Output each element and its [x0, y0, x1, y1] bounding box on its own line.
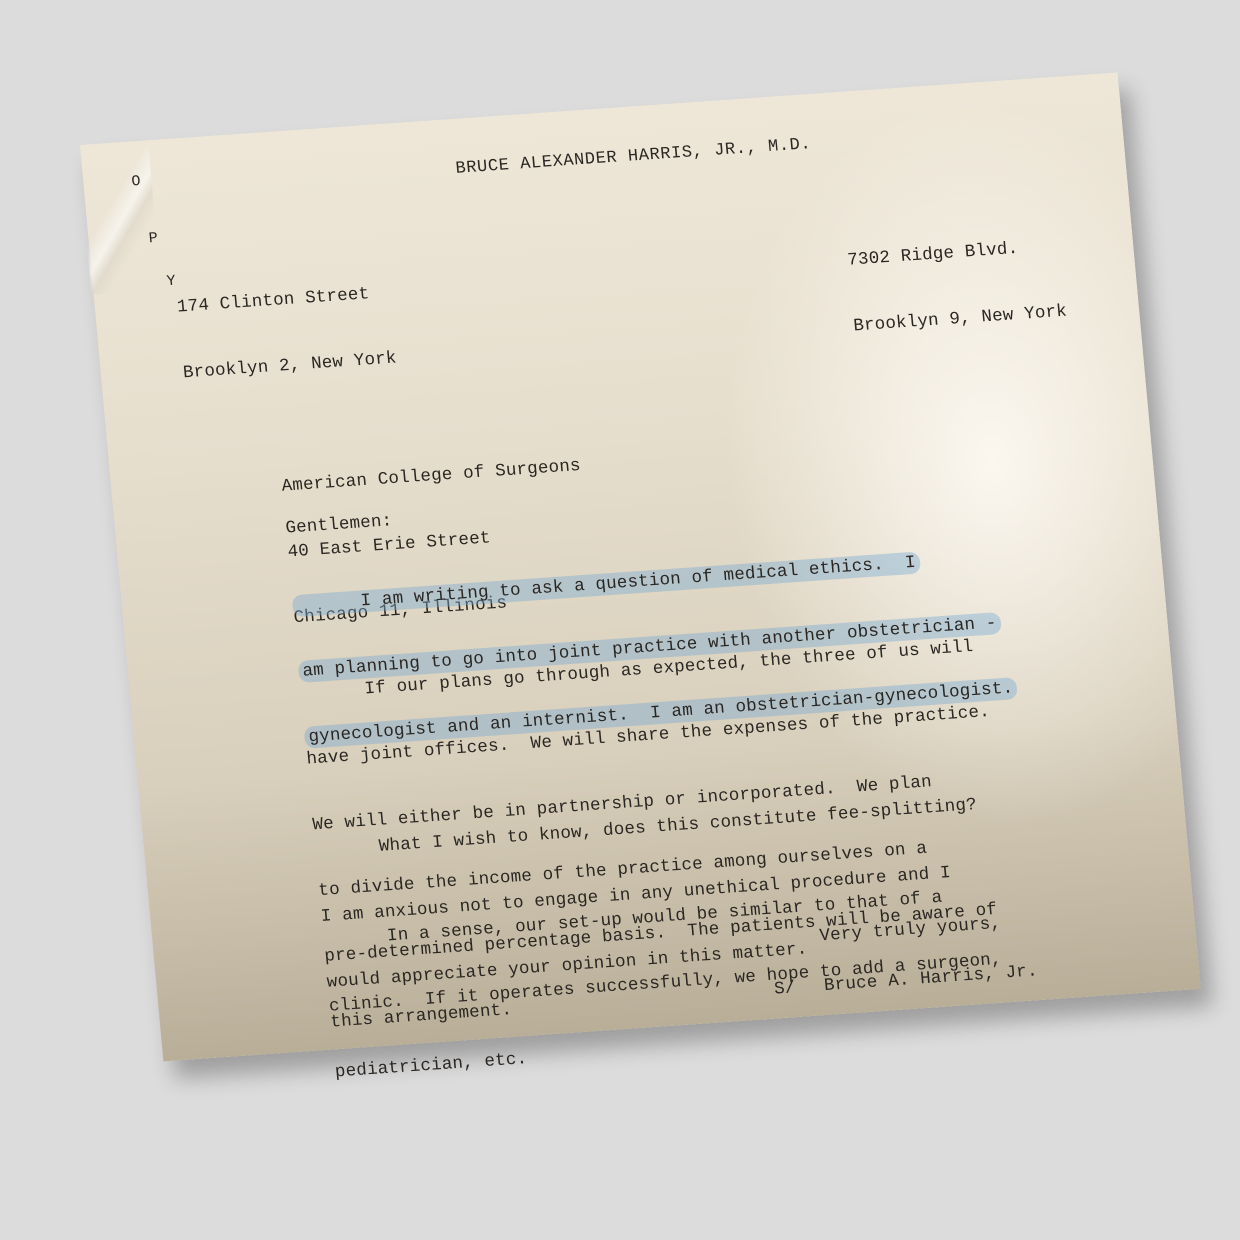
margin-mark-o: O	[131, 171, 142, 194]
recipient-line: American College of Surgeons	[281, 455, 582, 498]
signature-mark: S/	[773, 977, 796, 1000]
photo-backdrop: O P Y BRUCE ALEXANDER HARRIS, JR., M.D. …	[0, 0, 1240, 1240]
sender-address-right: 7302 Ridge Blvd. Brooklyn 9, New York	[842, 191, 1071, 381]
letter-paper: O P Y BRUCE ALEXANDER HARRIS, JR., M.D. …	[80, 72, 1201, 1061]
body-line: pediatrician, etc.	[334, 1014, 1009, 1083]
address-line: 174 Clinton Street	[176, 282, 392, 319]
folded-corner	[78, 140, 161, 294]
body-line: If our plans go through as expected, the…	[300, 635, 985, 705]
sender-address-left: 174 Clinton Street Brooklyn 2, New York	[172, 238, 401, 428]
address-line: Brooklyn 2, New York	[182, 347, 398, 384]
address-line: Brooklyn 9, New York	[852, 301, 1068, 338]
margin-mark-p: P	[148, 228, 159, 251]
address-line: 7302 Ridge Blvd.	[846, 235, 1062, 272]
letterhead: BRUCE ALEXANDER HARRIS, JR., M.D.	[455, 134, 813, 181]
